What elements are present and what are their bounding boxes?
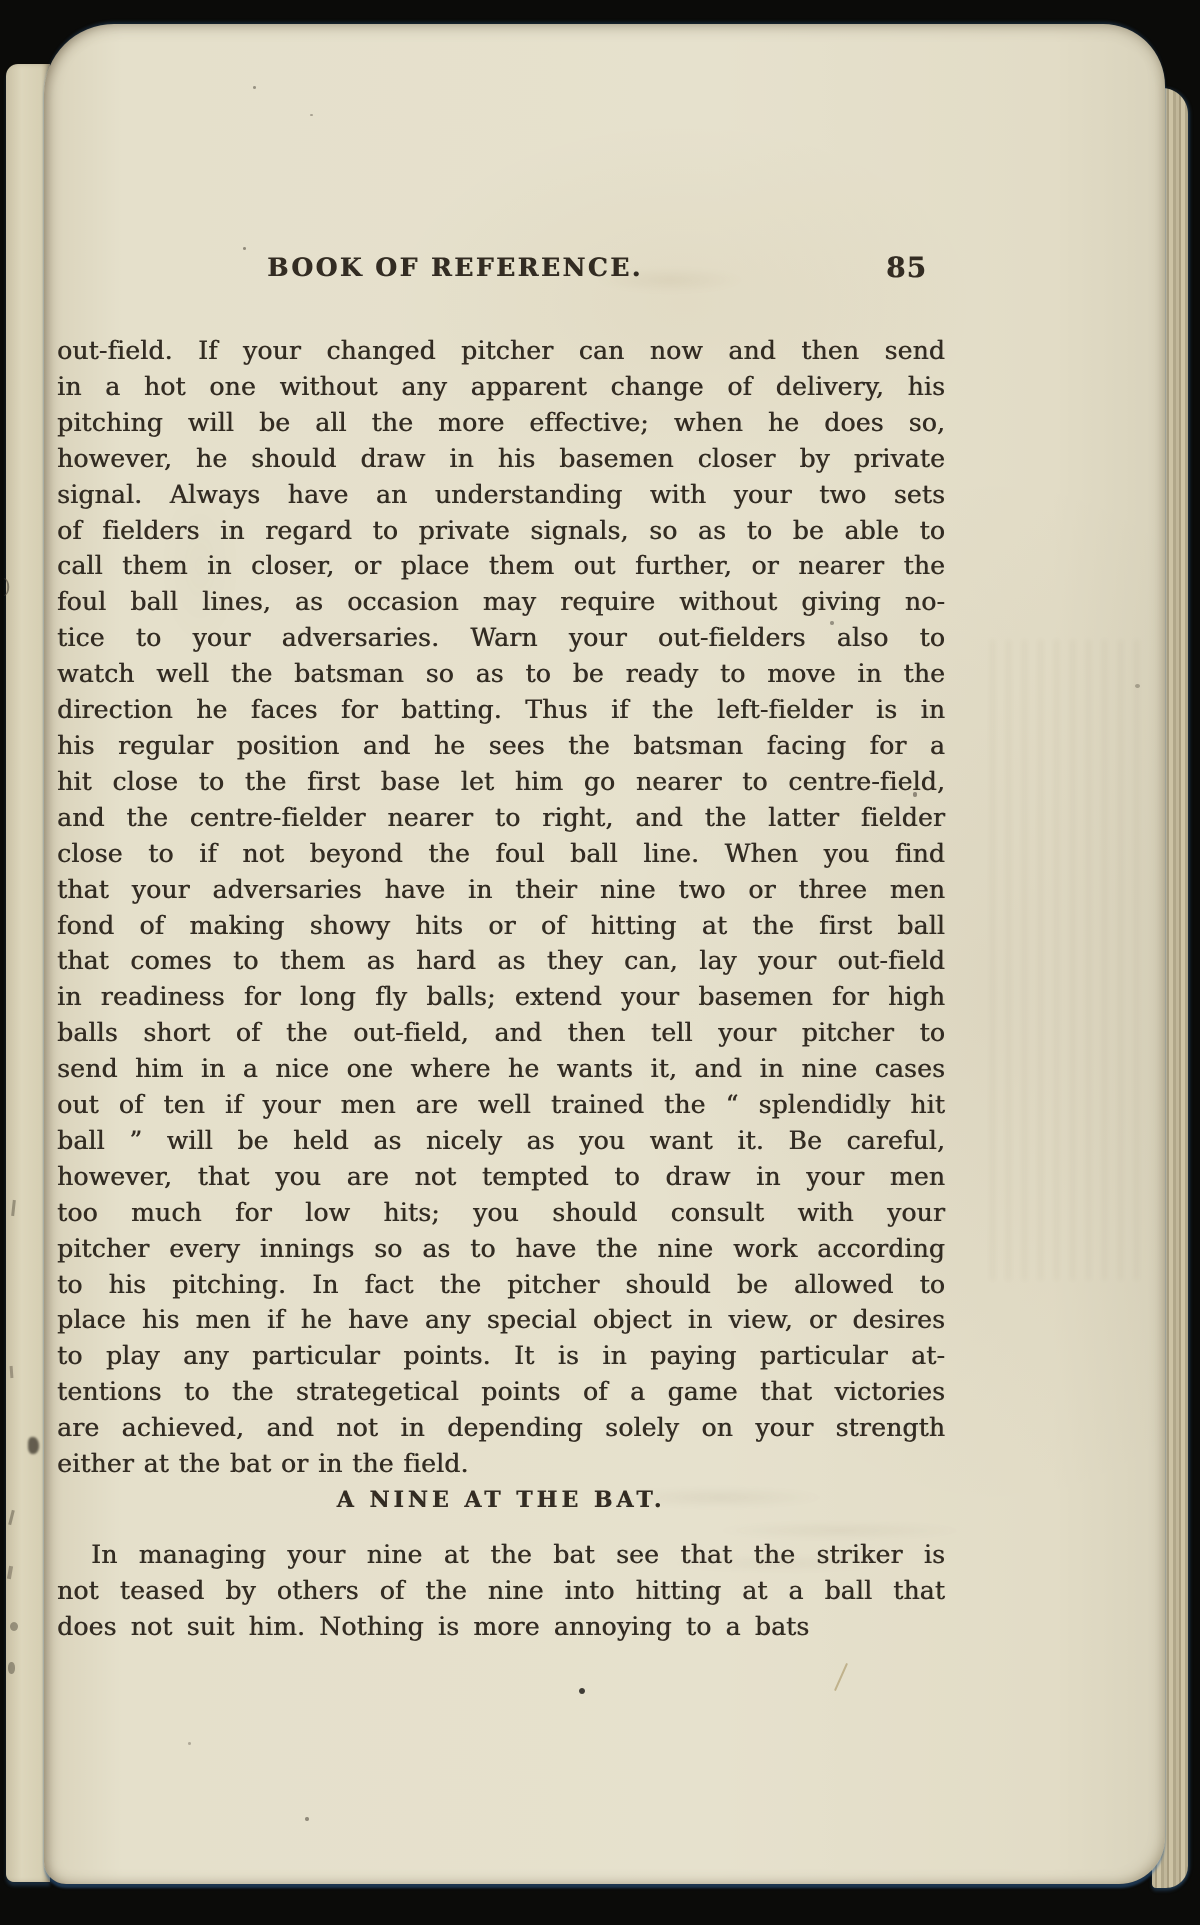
ink-speck (188, 1742, 191, 1745)
text-line: balls short of the out-field, and then t… (57, 1015, 945, 1051)
text-line: signal. Always have an understanding wit… (57, 477, 945, 513)
marginal-mark (8, 1662, 15, 1674)
ink-speck (243, 247, 246, 250)
ink-speck (579, 1688, 585, 1694)
ink-speck (253, 86, 256, 89)
text-line: out-field. If your changed pitcher can n… (57, 333, 945, 369)
text-line: are achieved, and not in depending solel… (57, 1410, 945, 1446)
ink-speck (305, 1817, 309, 1821)
text-line: call them in closer, or place them out f… (57, 548, 945, 584)
text-line: his regular position and he sees the bat… (57, 728, 945, 764)
text-line: of fielders in regard to private signals… (57, 513, 945, 549)
text-line: foul ball lines, as occasion may require… (57, 584, 945, 620)
running-header: BOOK OF REFERENCE. 85 (57, 253, 945, 293)
text-line: fond of making showy hits or of hitting … (57, 908, 945, 944)
text-line: and the centre-fielder nearer to right, … (57, 800, 945, 836)
text-line: watch well the batsman so as to be ready… (57, 656, 945, 692)
ink-speck (876, 1106, 879, 1109)
text-line: to play any particular points. It is in … (57, 1338, 945, 1374)
marginal-mark: ) (3, 574, 11, 598)
ink-speck (830, 621, 834, 625)
text-line: hit close to the first base let him go n… (57, 764, 945, 800)
body-paragraph: out-field. If your changed pitcher can n… (57, 333, 945, 1482)
text-line: in a hot one without any apparent change… (57, 369, 945, 405)
header-title: BOOK OF REFERENCE. (11, 253, 899, 282)
ink-speck (1135, 684, 1140, 688)
text-line: out of ten if your men are well trained … (57, 1087, 945, 1123)
text-line: ball ” will be held as nicely as you wan… (57, 1123, 945, 1159)
text-line: however, he should draw in his basemen c… (57, 441, 945, 477)
text-line: pitching will be all the more effective;… (57, 405, 945, 441)
text-line: in readiness for long fly balls; extend … (57, 979, 945, 1015)
text-line: to his pitching. In fact the pitcher sho… (57, 1267, 945, 1303)
text-line: pitcher every innings so as to have the … (57, 1231, 945, 1267)
text-line: not teased by others of the nine into hi… (57, 1573, 945, 1609)
ink-speck (310, 114, 313, 116)
text-line: that your adversaries have in their nine… (57, 872, 945, 908)
text-line: however, that you are not tempted to dra… (57, 1159, 945, 1195)
text-line: too much for low hits; you should consul… (57, 1195, 945, 1231)
page-number: 85 (886, 251, 927, 284)
scanned-book-photo: BOOK OF REFERENCE. 85 out-field. If your… (0, 0, 1200, 1925)
text-line: In managing your nine at the bat see tha… (57, 1537, 945, 1573)
text-line: tice to your adversaries. Warn your out-… (57, 620, 945, 656)
ink-smudge (28, 1437, 39, 1454)
section-paragraph: In managing your nine at the bat see tha… (57, 1537, 945, 1645)
marginal-mark (10, 1622, 18, 1631)
text-line: place his men if he have any special obj… (57, 1302, 945, 1338)
text-line: send him in a nice one where he wants it… (57, 1051, 945, 1087)
text-line: direction he faces for batting. Thus if … (57, 692, 945, 728)
text-line: tentions to the strategetical points of … (57, 1374, 945, 1410)
text-line: does not suit him. Nothing is more annoy… (57, 1609, 945, 1645)
ink-speck (913, 792, 917, 797)
text-line: that comes to them as hard as they can, … (57, 943, 945, 979)
text-line: either at the bat or in the field. (57, 1446, 945, 1482)
text-line: close to if not beyond the foul ball lin… (57, 836, 945, 872)
section-heading: A NINE AT THE BAT. (57, 1487, 945, 1513)
